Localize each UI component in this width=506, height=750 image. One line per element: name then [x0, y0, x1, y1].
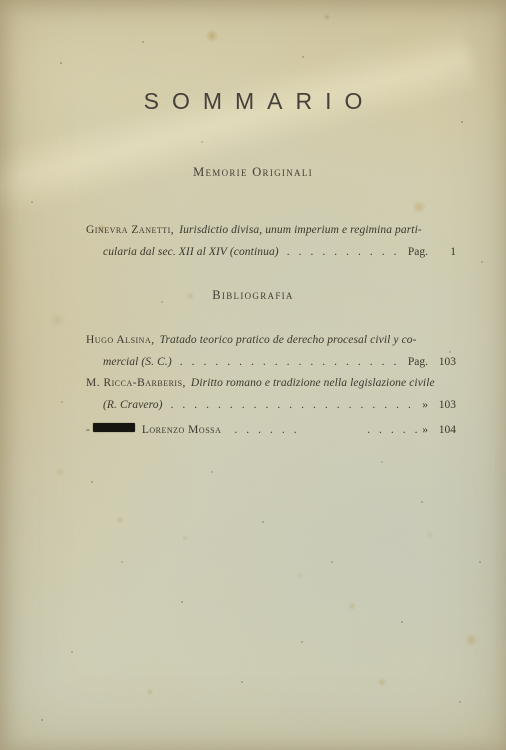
- entry-title-continuation: (R. Cravero): [103, 394, 163, 416]
- dot-leader: ............................: [163, 394, 421, 416]
- entry-line-1: - Lorenzo Mossa ...... .............. » …: [86, 419, 456, 441]
- entry-title-continuation: cularia dal sec. XII al XIV (continua): [103, 241, 279, 263]
- page-number: 1: [428, 241, 456, 263]
- entry-title: Iurisdictio divisa, unum imperium e regi…: [179, 224, 422, 236]
- entry-author: Lorenzo Mossa: [142, 419, 222, 441]
- entry-author: M. Ricca-Barberis,: [86, 377, 186, 389]
- toc-entry-zanetti: Ginevra Zanetti,Iurisdictio divisa, unum…: [86, 219, 456, 263]
- entry-line-1: Ginevra Zanetti,Iurisdictio divisa, unum…: [86, 219, 456, 241]
- page-number: 104: [428, 419, 456, 441]
- section-heading-memorie-originali: Memorie Originali: [0, 165, 506, 180]
- toc-content: SOMMARIO Memorie Originali Ginevra Zanet…: [0, 0, 506, 750]
- page-number: 103: [428, 394, 456, 416]
- entry-title: Diritto romano e tradizione nella legisl…: [191, 377, 435, 389]
- entry-line-2: mercial (S. C.) ........................…: [86, 351, 456, 373]
- page-ref-label: Pag.: [408, 241, 428, 263]
- page-ref-label: Pag.: [408, 351, 428, 373]
- redaction-mark: [93, 423, 135, 432]
- book-page: SOMMARIO Memorie Originali Ginevra Zanet…: [0, 0, 506, 750]
- entry-author: Hugo Alsina,: [86, 334, 155, 346]
- page-title: SOMMARIO: [0, 88, 506, 115]
- entry-line-1: Hugo Alsina,Tratado teorico pratico de d…: [86, 329, 456, 351]
- toc-entry-mossa: - Lorenzo Mossa ...... .............. » …: [86, 419, 456, 441]
- section-heading-bibliografia: Bibliografia: [0, 288, 506, 303]
- dot-leader: ..........................: [172, 351, 406, 373]
- entry-author: Ginevra Zanetti,: [86, 224, 174, 236]
- entry-line-2: cularia dal sec. XII al XIV (continua) .…: [86, 241, 456, 263]
- page-number: 103: [428, 351, 456, 373]
- toc-entry-alsina: Hugo Alsina,Tratado teorico pratico de d…: [86, 329, 456, 373]
- entry-title-continuation: mercial (S. C.): [103, 351, 172, 373]
- entry-prefix-dash: -: [86, 419, 90, 441]
- toc-entry-ricca-barberis: M. Ricca-Barberis,Diritto romano e tradi…: [86, 372, 456, 416]
- entry-line-2: (R. Cravero) ...........................…: [86, 394, 456, 416]
- entry-title: Tratado teorico pratico de derecho proce…: [160, 334, 417, 346]
- dot-leader: ....................: [279, 241, 406, 263]
- dot-leader: ...... ..............: [226, 419, 420, 441]
- entry-line-1: M. Ricca-Barberis,Diritto romano e tradi…: [86, 372, 456, 394]
